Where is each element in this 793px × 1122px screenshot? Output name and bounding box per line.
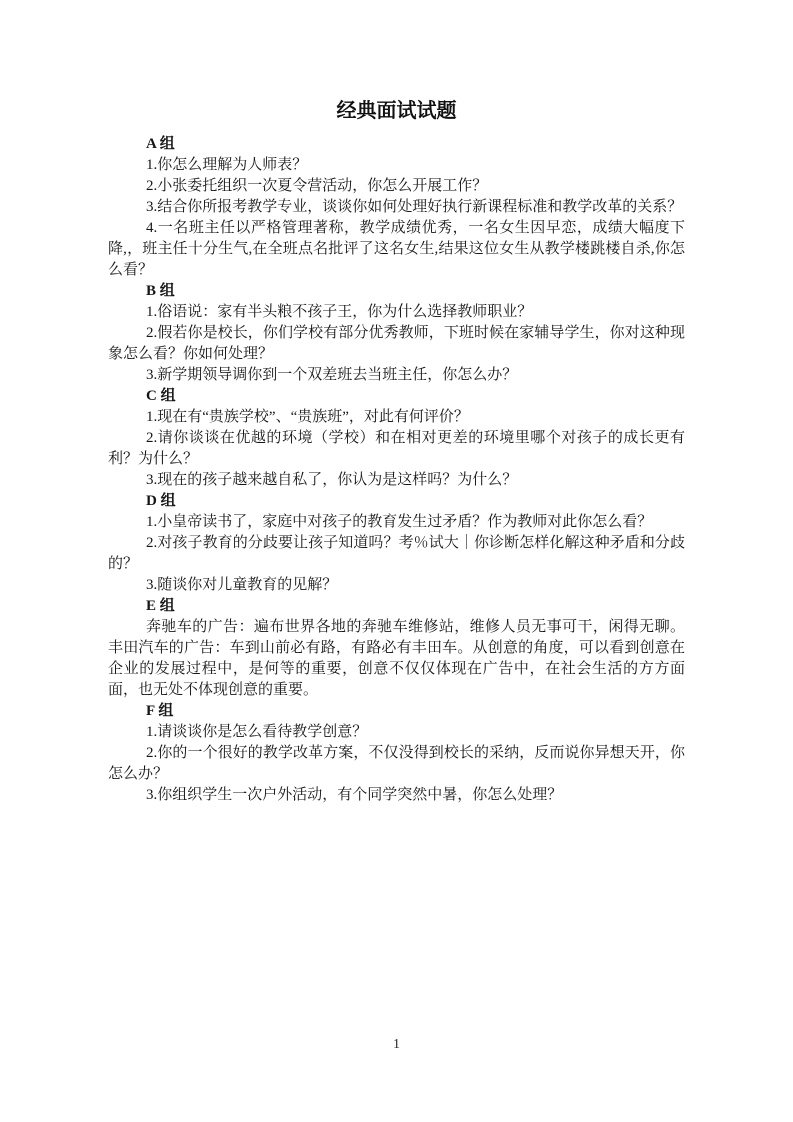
question-a2: 2.小张委托组织一次夏令营活动，你怎么开展工作？ xyxy=(108,176,685,197)
question-f3: 3.你组织学生一次户外活动，有个同学突然中暑，你怎么处理？ xyxy=(108,785,685,806)
question-f2: 2.你的一个很好的教学改革方案，不仅没得到校长的采纳，反而说你异想天开，你怎么办… xyxy=(108,743,685,785)
section-heading-c: C 组 xyxy=(108,386,685,407)
question-a4: 4.一名班主任以严格管理著称，教学成绩优秀，一名女生因早恋，成绩大幅度下降,，班… xyxy=(108,218,685,281)
question-a3: 3.结合你所报考教学专业，谈谈你如何处理好执行新课程标准和教学改革的关系？ xyxy=(108,197,685,218)
section-heading-f: F 组 xyxy=(108,701,685,722)
question-f1: 1.请谈谈你是怎么看待教学创意？ xyxy=(108,722,685,743)
question-a1: 1.你怎么理解为人师表？ xyxy=(108,155,685,176)
question-b3: 3.新学期领导调你到一个双差班去当班主任，你怎么办？ xyxy=(108,365,685,386)
document-page: 经典面试试题 A 组 1.你怎么理解为人师表？ 2.小张委托组织一次夏令营活动，… xyxy=(0,0,793,1122)
question-b2: 2.假若你是校长，你们学校有部分优秀教师，下班时候在家辅导学生，你对这种现象怎么… xyxy=(108,323,685,365)
section-heading-e: E 组 xyxy=(108,596,685,617)
question-b1: 1.俗语说：家有半头粮不孩子王，你为什么选择教师职业？ xyxy=(108,302,685,323)
question-d3: 3.随谈你对儿童教育的见解？ xyxy=(108,575,685,596)
question-c3: 3.现在的孩子越来越自私了，你认为是这样吗？为什么？ xyxy=(108,470,685,491)
section-heading-a: A 组 xyxy=(108,134,685,155)
question-c2: 2.请你谈谈在优越的环境（学校）和在相对更差的环境里哪个对孩子的成长更有利？为什… xyxy=(108,428,685,470)
page-number: 1 xyxy=(0,1036,793,1054)
question-d1: 1.小皇帝读书了，家庭中对孩子的教育发生过矛盾？作为教师对此你怎么看？ xyxy=(108,512,685,533)
section-heading-d: D 组 xyxy=(108,491,685,512)
question-c1: 1.现在有“贵族学校”、“贵族班”，对此有何评价？ xyxy=(108,407,685,428)
document-body: A 组 1.你怎么理解为人师表？ 2.小张委托组织一次夏令营活动，你怎么开展工作… xyxy=(108,134,685,806)
question-d2: 2.对孩子教育的分歧要让孩子知道吗？考％试大｜你诊断怎样化解这种矛盾和分歧的？ xyxy=(108,533,685,575)
section-heading-b: B 组 xyxy=(108,281,685,302)
paragraph-e: 奔驰车的广告：遍布世界各地的奔驰车维修站，维修人员无事可干，闲得无聊。丰田汽车的… xyxy=(108,617,685,701)
document-title: 经典面试试题 xyxy=(0,0,793,125)
